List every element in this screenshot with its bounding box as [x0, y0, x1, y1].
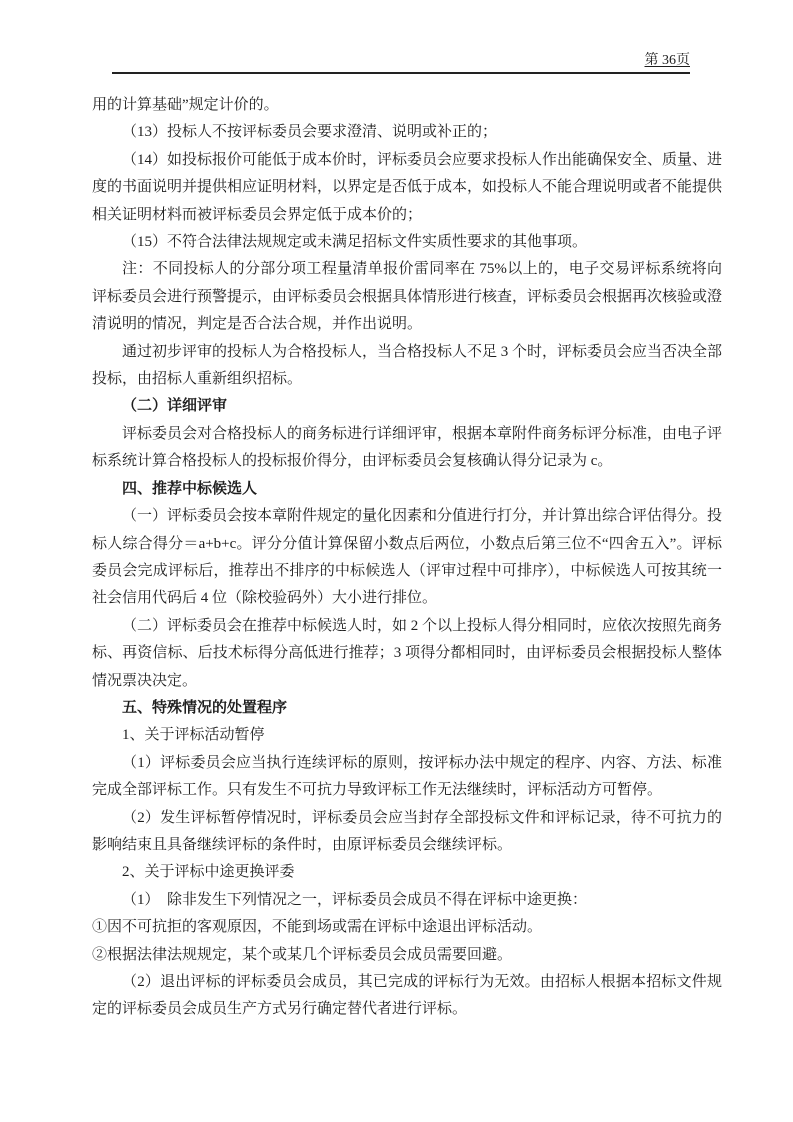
paragraph-pause-rule-1: （1）评标委员会应当执行连续评标的原则，按评标办法中规定的程序、内容、方法、标准…	[92, 750, 722, 805]
paragraph-replace-condition-1: ①因不可抗拒的客观原因，不能到场或需在评标中途退出评标活动。	[92, 914, 722, 941]
paragraph-replace-condition-2: ②根据法律法规规定，某个或某几个评标委员会成员需要回避。	[92, 942, 722, 969]
heading-recommend-candidates: 四、推荐中标候选人	[92, 476, 722, 503]
paragraph-replace-rule-1: （1） 除非发生下列情况之一，评标委员会成员不得在评标中途更换：	[92, 887, 722, 914]
paragraph-item-13: （13）投标人不按评标委员会要求澄清、说明或补正的；	[92, 119, 722, 146]
paragraph-item-15: （15）不符合法律法规规定或未满足招标文件实质性要求的其他事项。	[92, 229, 722, 256]
paragraph-replace-rule-2: （2）退出评标的评标委员会成员，其已完成的评标行为无效。由招标人根据本招标文件规…	[92, 969, 722, 1024]
paragraph-initial-review-result: 通过初步评审的投标人为合格投标人，当合格投标人不足 3 个时，评标委员会应当否决…	[92, 339, 722, 394]
paragraph-item-14: （14）如投标报价可能低于成本价时，评标委员会应要求投标人作出能确保安全、质量、…	[92, 147, 722, 229]
paragraph-continuation: 用的计算基础”规定计价的。	[92, 92, 722, 119]
page-header: 第 36页	[112, 50, 690, 74]
paragraph-recommend-tiebreak: （二）评标委员会在推荐中标候选人时，如 2 个以上投标人得分相同时，应依次按照先…	[92, 613, 722, 695]
paragraph-note: 注：不同投标人的分部分项工程量清单报价雷同率在 75%以上的，电子交易评标系统将…	[92, 256, 722, 338]
paragraph-detailed-review: 评标委员会对合格投标人的商务标进行详细评审，根据本章附件商务标评分标准，由电子评…	[92, 421, 722, 476]
heading-detailed-review: （二）详细评审	[92, 393, 722, 420]
subheading-evaluation-pause: 1、关于评标活动暂停	[92, 722, 722, 749]
document-page: 第 36页 用的计算基础”规定计价的。 （13）投标人不按评标委员会要求澄清、说…	[0, 0, 793, 1122]
paragraph-pause-rule-2: （2）发生评标暂停情况时，评标委员会应当封存全部投标文件和评标记录，待不可抗力的…	[92, 805, 722, 860]
heading-special-situations: 五、特殊情况的处置程序	[92, 695, 722, 722]
page-number: 第 36页	[645, 53, 691, 68]
subheading-replace-judges: 2、关于评标中途更换评委	[92, 859, 722, 886]
paragraph-recommend-scoring: （一）评标委员会按本章附件规定的量化因素和分值进行打分，并计算出综合评估得分。投…	[92, 503, 722, 613]
document-body: 用的计算基础”规定计价的。 （13）投标人不按评标委员会要求澄清、说明或补正的；…	[92, 92, 722, 1024]
